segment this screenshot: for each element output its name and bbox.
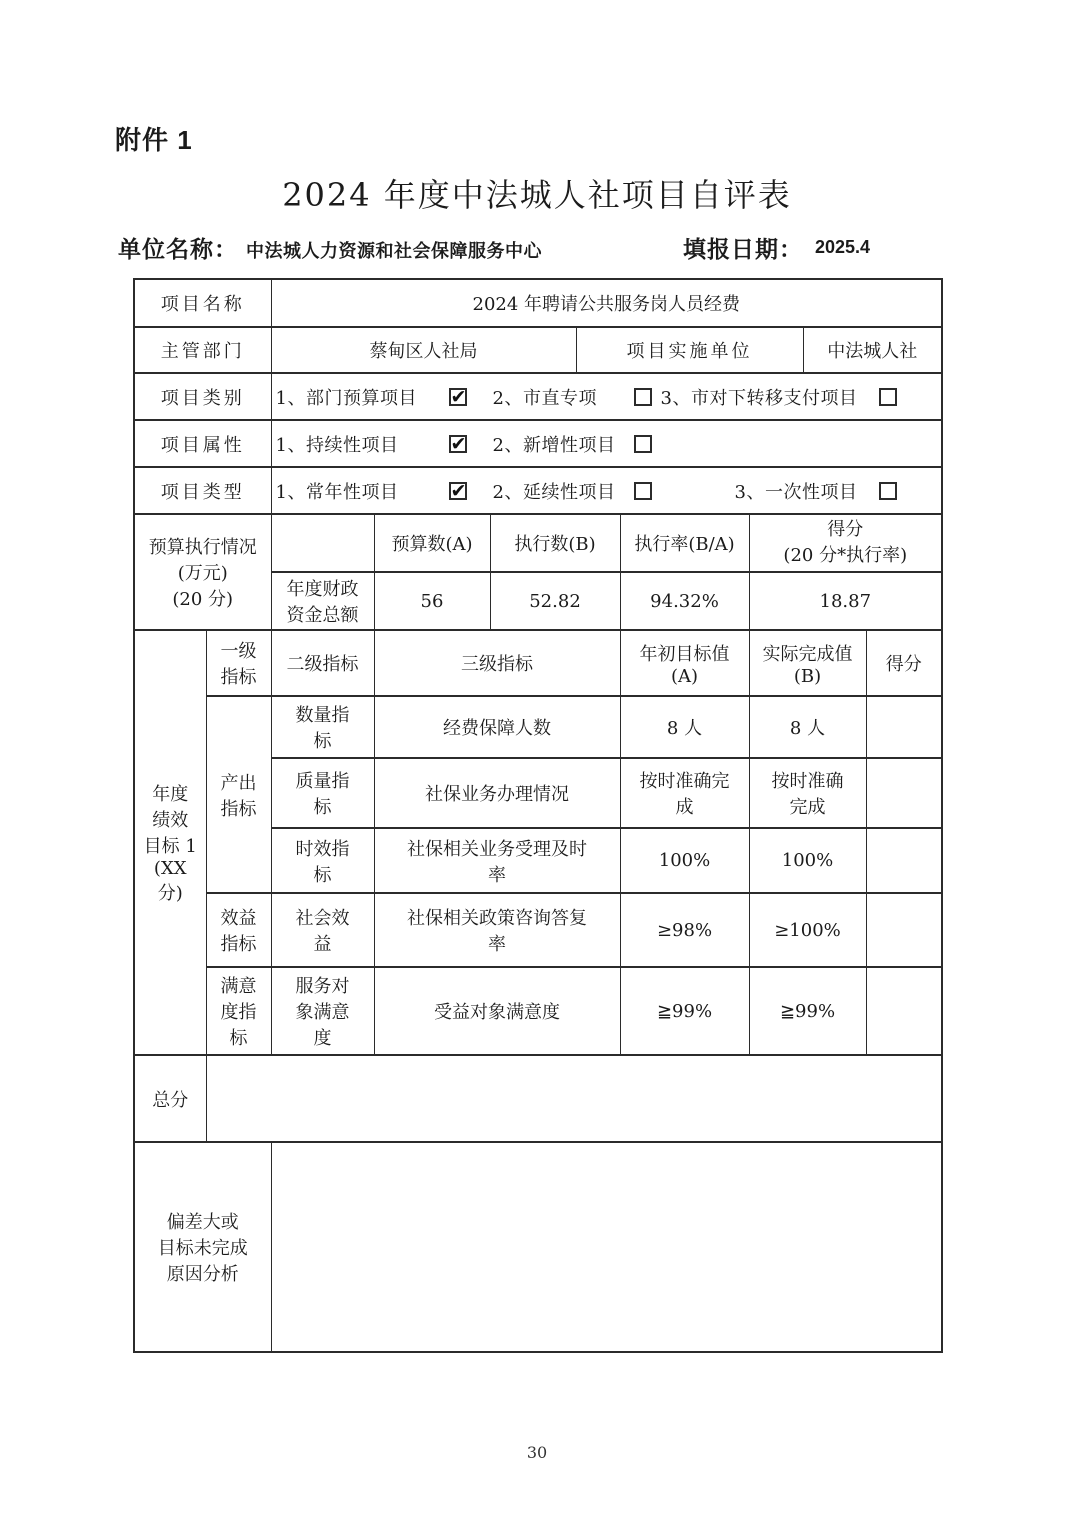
project-category-label: 项目类别 <box>134 373 271 420</box>
actual-header: 实际完成值 (B) <box>749 630 866 696</box>
actual-cell: 按时准确 完成 <box>749 758 866 828</box>
score-cell <box>866 696 942 758</box>
level2-cell: 数量指 标 <box>271 696 374 758</box>
score-cell <box>866 828 942 893</box>
option-onetime-project: 3、一次性项目 <box>668 478 897 504</box>
project-name-row: 项目名称 2024 年聘请公共服务岗人员经费 <box>134 279 942 327</box>
project-attribute-options: 1、持续性项目 ✔ 2、新增性项目 <box>271 420 942 467</box>
budget-col-score: 得分 (20 分*执行率) <box>749 514 942 572</box>
rate-value: 94.32% <box>620 572 749 630</box>
annual-goal-label: 年度 绩效 目标 1 (XX 分) <box>134 630 206 1055</box>
level3-cell: 社保业务办理情况 <box>374 758 620 828</box>
target-header: 年初目标值 (A) <box>620 630 749 696</box>
unit-name-value: 中法城人力资源和社会保障服务中心 <box>246 237 542 263</box>
option-continuous-project: 1、持续性项目 ✔ <box>276 431 467 457</box>
budget-header-row: 预算执行情况 (万元) (20 分) 预算数(A) 执行数(B) 执行率(B/A… <box>134 514 942 572</box>
level1-header: 一级 指标 <box>206 630 271 696</box>
total-score-value <box>206 1055 942 1142</box>
indicator-header-row: 年度 绩效 目标 1 (XX 分) 一级 指标 二级指标 三级指标 年初目标值 … <box>134 630 942 696</box>
option-label: 3、一次性项目 <box>735 478 858 504</box>
score-cell <box>866 758 942 828</box>
indicator-row-benefit: 效益 指标 社会效 益 社保相关政策咨询答复 率 ≥98% ≥100% <box>134 893 942 967</box>
project-attribute-row: 项目属性 1、持续性项目 ✔ 2、新增性项目 <box>134 420 942 467</box>
target-cell: 按时准确完 成 <box>620 758 749 828</box>
actual-cell: ≧99% <box>749 967 866 1055</box>
target-cell: ≧99% <box>620 967 749 1055</box>
level3-header: 三级指标 <box>374 630 620 696</box>
deviation-analysis-label: 偏差大或 目标未完成 原因分析 <box>134 1142 271 1352</box>
group-satisfaction-indicator: 满意 度指 标 <box>206 967 271 1055</box>
implementing-unit-label: 项目实施单位 <box>576 327 803 373</box>
meta-row: 单位名称： 中法城人力资源和社会保障服务中心 填报日期： 2025.4 <box>118 231 956 267</box>
level2-header: 二级指标 <box>271 630 374 696</box>
attachment-label: 附件 1 <box>115 120 193 157</box>
self-evaluation-table: 项目名称 2024 年聘请公共服务岗人员经费 主管部门 蔡甸区人社局 项目实施单… <box>133 278 943 1353</box>
option-label: 3、市对下转移支付项目 <box>661 384 858 410</box>
option-dept-budget-project: 1、部门预算项目 ✔ <box>276 384 467 410</box>
document-page: 附件 1 2024 年度中法城人社项目自评表 单位名称： 中法城人力资源和社会保… <box>0 0 1074 1520</box>
project-attribute-label: 项目属性 <box>134 420 271 467</box>
option-city-special: 2、市直专项 <box>493 384 652 410</box>
deviation-analysis-row: 偏差大或 目标未完成 原因分析 <box>134 1142 942 1352</box>
total-score-label: 总分 <box>134 1055 206 1142</box>
page-title: 2024 年度中法城人社项目自评表 <box>0 170 1074 216</box>
project-type-row: 项目类型 1、常年性项目 ✔ 2、延续性项目 3、一次性项目 <box>134 467 942 514</box>
report-date-label: 填报日期： <box>683 231 803 264</box>
project-name-value: 2024 年聘请公共服务岗人员经费 <box>271 279 942 327</box>
group-benefit-indicator: 效益 指标 <box>206 893 271 967</box>
score-header: 得分 <box>866 630 942 696</box>
project-type-label: 项目类型 <box>134 467 271 514</box>
checkbox-onetime-project[interactable] <box>879 482 897 500</box>
project-name-label: 项目名称 <box>134 279 271 327</box>
checkbox-perennial-project[interactable]: ✔ <box>449 482 467 500</box>
actual-cell: ≥100% <box>749 893 866 967</box>
exec-value: 52.82 <box>490 572 620 630</box>
checkbox-city-special[interactable] <box>634 388 652 406</box>
target-cell: 8 人 <box>620 696 749 758</box>
deviation-analysis-value <box>271 1142 942 1352</box>
project-type-options: 1、常年性项目 ✔ 2、延续性项目 3、一次性项目 <box>271 467 942 514</box>
project-category-options: 1、部门预算项目 ✔ 2、市直专项 3、市对下转移支付项目 <box>271 373 942 420</box>
option-city-transfer-payment: 3、市对下转移支付项目 <box>668 384 897 410</box>
supervising-dept-label: 主管部门 <box>134 327 271 373</box>
annual-fiscal-total-label: 年度财政 资金总额 <box>271 572 374 630</box>
indicator-row-satisfaction: 满意 度指 标 服务对 象满意 度 受益对象满意度 ≧99% ≧99% <box>134 967 942 1055</box>
budget-col-exec: 执行数(B) <box>490 514 620 572</box>
score-cell <box>866 893 942 967</box>
level3-cell: 经费保障人数 <box>374 696 620 758</box>
implementing-unit-value: 中法城人社 <box>803 327 942 373</box>
supervising-dept-value: 蔡甸区人社局 <box>271 327 576 373</box>
level2-cell: 社会效 益 <box>271 893 374 967</box>
actual-cell: 100% <box>749 828 866 893</box>
option-label: 1、持续性项目 <box>276 431 399 457</box>
report-date-value: 2025.4 <box>815 237 870 258</box>
actual-cell: 8 人 <box>749 696 866 758</box>
level3-cell: 社保相关业务受理及时 率 <box>374 828 620 893</box>
budget-value: 56 <box>374 572 490 630</box>
target-cell: ≥98% <box>620 893 749 967</box>
level2-cell: 质量指 标 <box>271 758 374 828</box>
option-extension-project: 2、延续性项目 <box>493 478 652 504</box>
budget-empty-cell <box>271 514 374 572</box>
target-cell: 100% <box>620 828 749 893</box>
option-label: 2、延续性项目 <box>493 478 616 504</box>
checkbox-city-transfer-payment[interactable] <box>879 388 897 406</box>
option-label: 2、新增性项目 <box>493 431 616 457</box>
level3-cell: 社保相关政策咨询答复 率 <box>374 893 620 967</box>
budget-col-rate: 执行率(B/A) <box>620 514 749 572</box>
option-perennial-project: 1、常年性项目 ✔ <box>276 478 467 504</box>
option-label: 2、市直专项 <box>493 384 597 410</box>
department-row: 主管部门 蔡甸区人社局 项目实施单位 中法城人社 <box>134 327 942 373</box>
score-cell <box>866 967 942 1055</box>
level3-cell: 受益对象满意度 <box>374 967 620 1055</box>
indicator-row-quantity: 产出 指标 数量指 标 经费保障人数 8 人 8 人 <box>134 696 942 758</box>
option-new-project: 2、新增性项目 <box>493 431 652 457</box>
option-label: 1、部门预算项目 <box>276 384 417 410</box>
level2-cell: 时效指 标 <box>271 828 374 893</box>
score-value: 18.87 <box>749 572 942 630</box>
checkbox-new-project[interactable] <box>634 435 652 453</box>
project-category-row: 项目类别 1、部门预算项目 ✔ 2、市直专项 3、市对下转移支付项目 <box>134 373 942 420</box>
level2-cell: 服务对 象满意 度 <box>271 967 374 1055</box>
group-output-indicator: 产出 指标 <box>206 696 271 893</box>
checkbox-extension-project[interactable] <box>634 482 652 500</box>
budget-section-label: 预算执行情况 (万元) (20 分) <box>134 514 271 630</box>
option-label: 1、常年性项目 <box>276 478 399 504</box>
page-number: 30 <box>0 1443 1074 1462</box>
checkbox-dept-budget-project[interactable]: ✔ <box>449 388 467 406</box>
checkbox-continuous-project[interactable]: ✔ <box>449 435 467 453</box>
total-score-row: 总分 <box>134 1055 942 1142</box>
budget-col-budget: 预算数(A) <box>374 514 490 572</box>
unit-name-label: 单位名称： <box>118 231 238 264</box>
